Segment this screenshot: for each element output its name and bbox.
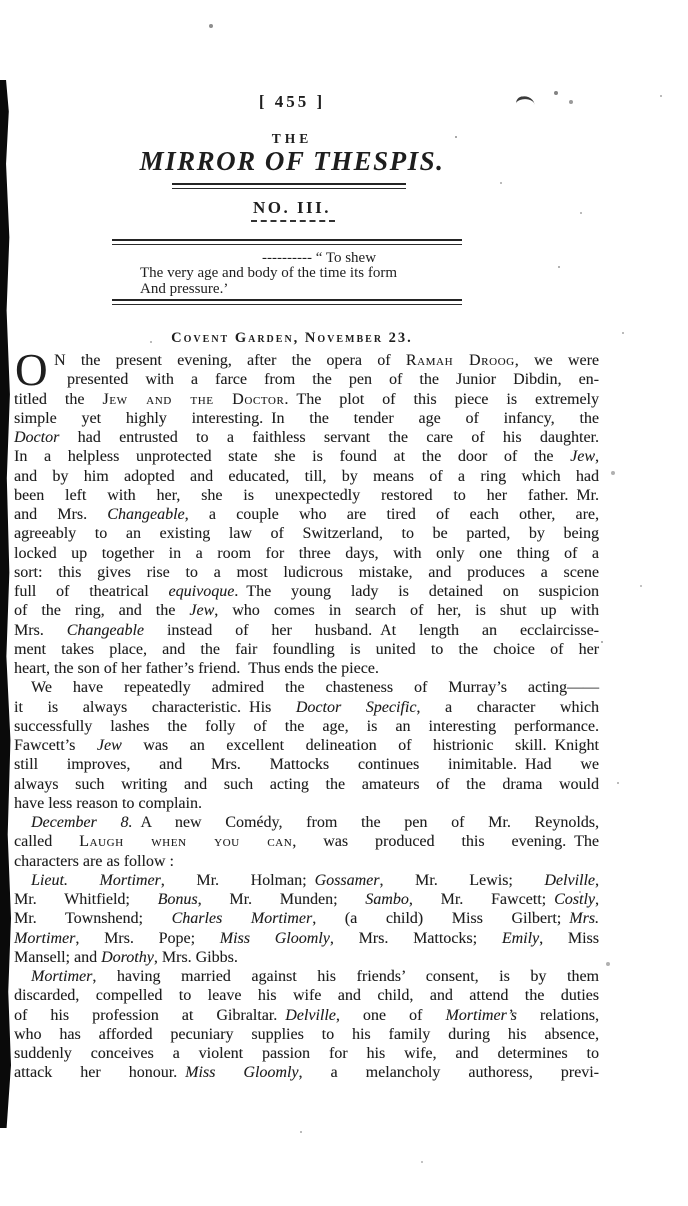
text-segment: , Mrs. Mattocks; xyxy=(330,930,502,947)
text-segment: have less reason to complain. xyxy=(14,795,202,812)
text-segment: , xyxy=(595,448,599,465)
text-segment: Bonus xyxy=(158,891,198,908)
epigraph-line: And pressure.’ xyxy=(140,282,470,297)
text-line: Fawcett’s Jew was an excellent delineati… xyxy=(14,736,599,755)
text-segment: Mrs. xyxy=(569,910,599,927)
text-segment: Mr. Whitfield; xyxy=(14,891,158,908)
text-segment: equivoque xyxy=(169,583,235,600)
text-segment: still improves, and Mrs. Mattocks contin… xyxy=(14,756,599,773)
text-segment: N the present evening, after the opera o… xyxy=(54,352,406,369)
text-segment: . The plot of this piece is extremely xyxy=(284,391,599,408)
text-segment: Jew xyxy=(97,737,122,754)
text-segment: successfully lashes the folly of the age… xyxy=(14,718,599,735)
text-line: N the present evening, after the opera o… xyxy=(54,351,599,370)
text-segment: who has afforded pecuniary supplies to h… xyxy=(14,1026,599,1043)
text-segment: of the ring, and the xyxy=(14,602,189,619)
text-segment: ment takes place, and the fair foundling… xyxy=(14,641,599,658)
text-segment: A new Comédy, from the pen of Mr. Reynol… xyxy=(132,814,599,831)
text-line: Mortimer, Mrs. Pope; Miss Gloomly, Mrs. … xyxy=(14,929,599,948)
text-segment: Mortimer’s xyxy=(445,1007,516,1024)
text-line: Doctor had entrusted to a faithless serv… xyxy=(14,428,599,447)
dateline-heading: Covent Garden, November 23. xyxy=(14,330,570,347)
text-line: discarded, compelled to leave his wife a… xyxy=(14,986,599,1005)
text-segment: and by him adopted and educated, till, b… xyxy=(14,468,599,485)
text-segment: Laugh when you can xyxy=(79,833,292,850)
text-segment: Mortimer xyxy=(14,930,75,947)
paragraph: We have repeatedly admired the chastenes… xyxy=(14,678,599,813)
text-line: it is always characteristic. His Doctor … xyxy=(14,698,599,717)
text-segment: characters are as follow : xyxy=(14,853,174,870)
text-segment: , xyxy=(595,891,599,908)
text-segment: . The young lady is detained on suspicio… xyxy=(234,583,599,600)
text-segment: , Mr. Lewis; xyxy=(379,872,544,889)
scan-gutter-bar xyxy=(0,80,11,1128)
text-segment: Lieut. Mortimer xyxy=(31,872,161,889)
text-segment: Jew xyxy=(570,448,595,465)
text-segment: , (a child) Miss Gilbert; xyxy=(312,910,569,927)
epigraph-line: The very age and body of the time its fo… xyxy=(140,266,470,281)
text-segment: , who comes in search of her, is shut up… xyxy=(214,602,599,619)
epigraph-line: ---------- “ To shew xyxy=(140,251,470,266)
text-segment: Mortimer xyxy=(31,968,92,985)
text-line: characters are as follow : xyxy=(14,852,599,871)
text-segment: Charles Mortimer xyxy=(172,910,313,927)
page-number: [ 455 ] xyxy=(14,92,570,112)
text-segment: Jew and the Doctor xyxy=(102,391,284,408)
text-segment: agreeably to an existing law of Switzerl… xyxy=(14,525,599,542)
text-line: ment takes place, and the fair foundling… xyxy=(14,640,599,659)
text-segment: Delville xyxy=(285,1007,336,1024)
drop-cap: O xyxy=(15,353,48,387)
text-segment: sort: this gives rise to a most ludicrou… xyxy=(14,564,599,581)
epigraph-rule-top xyxy=(112,239,462,245)
text-line: suddenly conceives a violent passion for… xyxy=(14,1044,599,1063)
text-segment: , Mr. Holman; xyxy=(161,872,315,889)
text-segment: Sambo xyxy=(365,891,409,908)
text-segment: presented with a farce from the pen of t… xyxy=(67,371,599,388)
text-segment: , Mr. Fawcett; xyxy=(409,891,554,908)
text-segment: In a helpless unprotected state she is f… xyxy=(14,448,570,465)
text-line: agreeably to an existing law of Switzerl… xyxy=(14,524,599,543)
text-segment: , xyxy=(595,872,599,889)
issue-number: NO. III. xyxy=(14,198,570,218)
text-segment: Miss Gloomly xyxy=(185,1064,298,1081)
text-segment: had entrusted to a faithless servant the… xyxy=(59,429,599,446)
text-line: called Laugh when you can, was produced … xyxy=(14,832,599,851)
text-line: been left with her, she is unexpectedly … xyxy=(14,486,599,505)
text-segment: it is always characteristic. His xyxy=(14,699,296,716)
text-line: full of theatrical equivoque. The young … xyxy=(14,582,599,601)
text-line: Mansell; and Dorothy, Mrs. Gibbs. xyxy=(14,948,599,967)
text-line: and by him adopted and educated, till, b… xyxy=(14,467,599,486)
body-text: ON the present evening, after the opera … xyxy=(14,351,599,1083)
text-segment: Changeable xyxy=(107,506,184,523)
text-segment: , Mr. Munden; xyxy=(198,891,366,908)
paragraph: Lieut. Mortimer, Mr. Holman; Gossamer, M… xyxy=(14,871,599,967)
text-line: December 8. A new Comédy, from the pen o… xyxy=(14,813,599,832)
text-segment: Emily xyxy=(502,930,539,947)
text-line: always such writing and such acting the … xyxy=(14,775,599,794)
text-line: still improves, and Mrs. Mattocks contin… xyxy=(14,755,599,774)
text-segment: , one of xyxy=(336,1007,446,1024)
text-line: Mr. Townshend; Charles Mortimer, (a chil… xyxy=(14,909,599,928)
text-line: who has afforded pecuniary supplies to h… xyxy=(14,1025,599,1044)
paragraph: ON the present evening, after the opera … xyxy=(14,351,599,678)
text-segment: Costly xyxy=(554,891,595,908)
text-segment: full of theatrical xyxy=(14,583,169,600)
text-line: simple yet highly interesting. In the te… xyxy=(14,409,599,428)
text-segment: Dorothy xyxy=(101,949,154,966)
text-line: Lieut. Mortimer, Mr. Holman; Gossamer, M… xyxy=(14,871,599,890)
epigraph: ---------- “ To shew The very age and bo… xyxy=(140,251,470,297)
text-line: titled the Jew and the Doctor. The plot … xyxy=(14,390,599,409)
text-segment: suddenly conceives a violent passion for… xyxy=(14,1045,599,1062)
text-line: have less reason to complain. xyxy=(14,794,599,813)
text-segment: simple yet highly interesting. In the te… xyxy=(14,410,599,427)
text-segment: Gossamer xyxy=(315,872,380,889)
text-line: Mr. Whitfield; Bonus, Mr. Munden; Sambo,… xyxy=(14,890,599,909)
text-segment: Mrs. xyxy=(14,622,67,639)
text-segment: Changeable xyxy=(67,622,144,639)
text-segment: Fawcett’s xyxy=(14,737,97,754)
epigraph-rule-bottom xyxy=(112,299,462,305)
text-segment: Ramah Droog xyxy=(406,352,515,369)
text-line: successfully lashes the folly of the age… xyxy=(14,717,599,736)
text-segment: always such writing and such acting the … xyxy=(14,776,599,793)
masthead-title: MIRROR OF THESPIS. xyxy=(14,146,570,177)
text-line: In a helpless unprotected state she is f… xyxy=(14,447,599,466)
text-segment: , a melancholy authoress, previ- xyxy=(299,1064,600,1081)
text-segment: locked up together in a room for three d… xyxy=(14,545,599,562)
text-segment: , Mrs. Gibbs. xyxy=(154,949,238,966)
text-segment: , a couple who are tired of each other, … xyxy=(185,506,599,523)
text-segment: Doctor Specific xyxy=(296,699,417,716)
text-segment: of his profession at Gibraltar. xyxy=(14,1007,285,1024)
text-segment: called xyxy=(14,833,79,850)
masthead-rule xyxy=(172,183,406,189)
text-segment: was an excellent delineation of histrion… xyxy=(122,737,599,754)
text-segment: , we were xyxy=(515,352,599,369)
paragraph: Mortimer, having married against his fri… xyxy=(14,967,599,1083)
text-segment: , Miss xyxy=(539,930,599,947)
text-segment: Mansell; and xyxy=(14,949,101,966)
text-line: attack her honour. Miss Gloomly, a melan… xyxy=(14,1063,599,1082)
text-segment: discarded, compelled to leave his wife a… xyxy=(14,987,599,1004)
text-segment: Doctor xyxy=(14,429,59,446)
text-line: of the ring, and the Jew, who comes in s… xyxy=(14,601,599,620)
text-line: heart, the son of her father’s friend. T… xyxy=(14,659,599,678)
text-segment: heart, the son of her father’s friend. T… xyxy=(14,660,379,677)
text-segment: instead of her husband. At length an ecc… xyxy=(144,622,599,639)
text-segment: , was produced this evening. The xyxy=(292,833,599,850)
text-line: locked up together in a room for three d… xyxy=(14,544,599,563)
text-segment: Delville xyxy=(544,872,595,889)
scanned-page: [ 455 ] THE MIRROR OF THESPIS. NO. III. … xyxy=(0,0,688,1206)
issue-underline xyxy=(251,220,335,222)
text-segment: Mr. Townshend; xyxy=(14,910,172,927)
text-segment: We have repeatedly admired the chastenes… xyxy=(31,679,599,696)
text-segment: , a character which xyxy=(416,699,599,716)
text-line: of his profession at Gibraltar. Delville… xyxy=(14,1006,599,1025)
text-segment: relations, xyxy=(517,1007,599,1024)
text-segment: December 8. xyxy=(31,814,132,831)
text-segment: and Mrs. xyxy=(14,506,107,523)
text-segment: been left with her, she is unexpectedly … xyxy=(14,487,599,504)
text-line: We have repeatedly admired the chastenes… xyxy=(14,678,599,697)
text-line: Mortimer, having married against his fri… xyxy=(14,967,599,986)
text-segment: Miss Gloomly xyxy=(220,930,330,947)
text-segment: , having married against his friends’ co… xyxy=(92,968,599,985)
text-segment: Jew xyxy=(189,602,214,619)
text-line: sort: this gives rise to a most ludicrou… xyxy=(14,563,599,582)
paragraph: December 8. A new Comédy, from the pen o… xyxy=(14,813,599,871)
text-segment: , Mrs. Pope; xyxy=(75,930,219,947)
text-line: Mrs. Changeable instead of her husband. … xyxy=(14,621,599,640)
text-segment: attack her honour. xyxy=(14,1064,185,1081)
scan-noise-specks xyxy=(0,0,2,2)
text-line: presented with a farce from the pen of t… xyxy=(54,370,599,389)
masthead-kicker: THE xyxy=(14,131,570,147)
text-line: and Mrs. Changeable, a couple who are ti… xyxy=(14,505,599,524)
